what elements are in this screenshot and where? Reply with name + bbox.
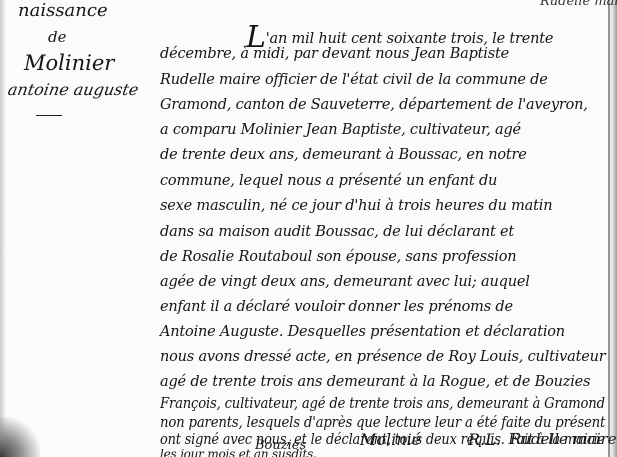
signature-mayor: Rudelle maire	[510, 430, 617, 448]
act-line: agé de trente trois ans demeurant à la R…	[160, 374, 590, 390]
act-line: agée de vingt deux ans, demeurant avec l…	[160, 274, 530, 290]
signature-witness: Bouzies	[255, 438, 306, 453]
act-line: nous avons dressé acte, en présence de R…	[160, 349, 605, 365]
act-line: sexe masculin, né ce jour d'hui à trois …	[160, 198, 552, 214]
act-body: L'an mil huit cent soixante trois, le tr…	[0, 0, 617, 457]
act-line: dans sa maison audit Boussac, de lui déc…	[160, 224, 514, 240]
act-line: décembre, à midi, par devant nous Jean B…	[160, 46, 509, 62]
scanned-register-page: Rudelle maire naissance de Molinier anto…	[0, 0, 617, 457]
act-line: de Rosalie Routaboul son épouse, sans pr…	[160, 249, 516, 265]
signature-declarant: Molinié	[360, 430, 421, 449]
act-line: Rudelle maire officier de l'état civil d…	[160, 72, 548, 88]
act-line: commune, lequel nous a présenté un enfan…	[160, 173, 497, 189]
act-line: Antoine Auguste. Desquelles présentation…	[160, 324, 565, 340]
act-line: enfant il a déclaré vouloir donner les p…	[160, 299, 513, 315]
act-line: de trente deux ans, demeurant à Boussac,…	[160, 147, 527, 163]
act-line: non parents, lesquels d'après que lectur…	[160, 415, 605, 431]
signature-witness-roy: R.L.	[468, 430, 501, 449]
act-line: François, cultivateur, agé de trente tro…	[160, 396, 605, 412]
act-line: Gramond, canton de Sauveterre, départeme…	[160, 97, 588, 113]
act-line-text: 'an mil huit cent soixante trois, le tre…	[266, 31, 554, 47]
act-line: a comparu Molinier Jean Baptiste, cultiv…	[160, 122, 521, 138]
